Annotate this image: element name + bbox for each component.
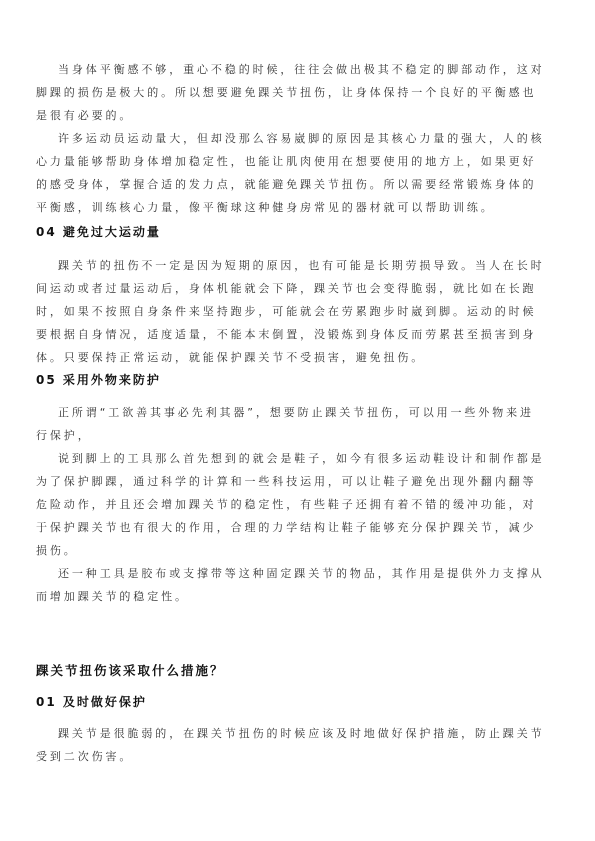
text-line: 时，如果不按照自身条件来坚持跑步，可能就会在劳累跑步时崴到脚。运动的时候 — [36, 305, 559, 319]
text-line: 间运动或者过量运动后，身体机能就会下降，踝关节也会变得脆弱，就比如在长跑 — [36, 282, 559, 296]
text-line: 踝关节是很脆弱的，在踝关节扭伤的时候应该及时地做好保护措施，防止踝关节 — [58, 727, 581, 741]
text-line: 于保护踝关节也有很大的作用，合理的力学结构让鞋子能够充分保护踝关节，减少 — [36, 521, 559, 535]
text-line: 要根据自身情况，适度适量，不能本末倒置，没锻炼到身体反而劳累甚至损害到身 — [36, 328, 559, 342]
text-line: 平衡感，训练核心力量，像平衡球这种健身房常见的器材就可以帮助训练。 — [36, 201, 559, 215]
text-line: 踝关节的扭伤不一定是因为短期的原因，也有可能是长期劳损导致。当人在长时 — [58, 259, 581, 273]
text-line: 还一种工具是胶布或支撑带等这种固定踝关节的物品，其作用是提供外力支撑从 — [58, 567, 581, 581]
text-line: 许多运动员运动量大，但却没那么容易崴脚的原因是其核心力量的强大，人的核 — [58, 132, 581, 146]
document-page: 当身体平衡感不够，重心不稳的时候，往往会做出极其不稳定的脚部动作，这对 脚踝的损… — [0, 0, 595, 841]
text-line: 而增加踝关节的稳定性。 — [36, 590, 559, 604]
text-line: 心力量能够帮助身体增加稳定性，也能让肌肉使用在想要使用的地方上，如果更好 — [36, 155, 559, 169]
text-line: 当身体平衡感不够，重心不稳的时候，往往会做出极其不稳定的脚部动作，这对 — [58, 63, 581, 77]
text-line: 危险动作，并且还会增加踝关节的稳定性，有些鞋子还拥有着不错的缓冲功能，对 — [36, 498, 559, 512]
text-line: 说到脚上的工具那么首先想到的就会是鞋子，如今有很多运动鞋设计和制作都是 — [58, 452, 581, 466]
section-heading-measures: 踝关节扭伤该采取什么措施？ — [36, 661, 225, 679]
section-heading-01: 01 及时做好保护 — [36, 693, 147, 710]
text-line: 体。只要保持正常运动，就能保护踝关节不受损害，避免扭伤。 — [36, 351, 559, 365]
text-line: 正所谓“工欲善其事必先利其器”，想要防止踝关节扭伤，可以用一些外物来进 — [58, 406, 581, 420]
section-heading-04: 04 避免过大运动量 — [36, 223, 161, 240]
text-line: 损伤。 — [36, 544, 559, 558]
text-line: 受到二次伤害。 — [36, 750, 559, 764]
text-line: 为了保护脚踝，通过科学的计算和一些科技运用，可以让鞋子避免出现外翻内翻等 — [36, 475, 559, 489]
text-line: 是很有必要的。 — [36, 109, 559, 123]
text-line: 脚踝的损伤是极大的。所以想要避免踝关节扭伤，让身体保持一个良好的平衡感也 — [36, 86, 559, 100]
section-heading-05: 05 采用外物来防护 — [36, 371, 161, 388]
text-line: 的感受身体，掌握合适的发力点，就能避免踝关节扭伤。所以需要经常锻炼身体的 — [36, 178, 559, 192]
text-line: 行保护， — [36, 429, 559, 443]
